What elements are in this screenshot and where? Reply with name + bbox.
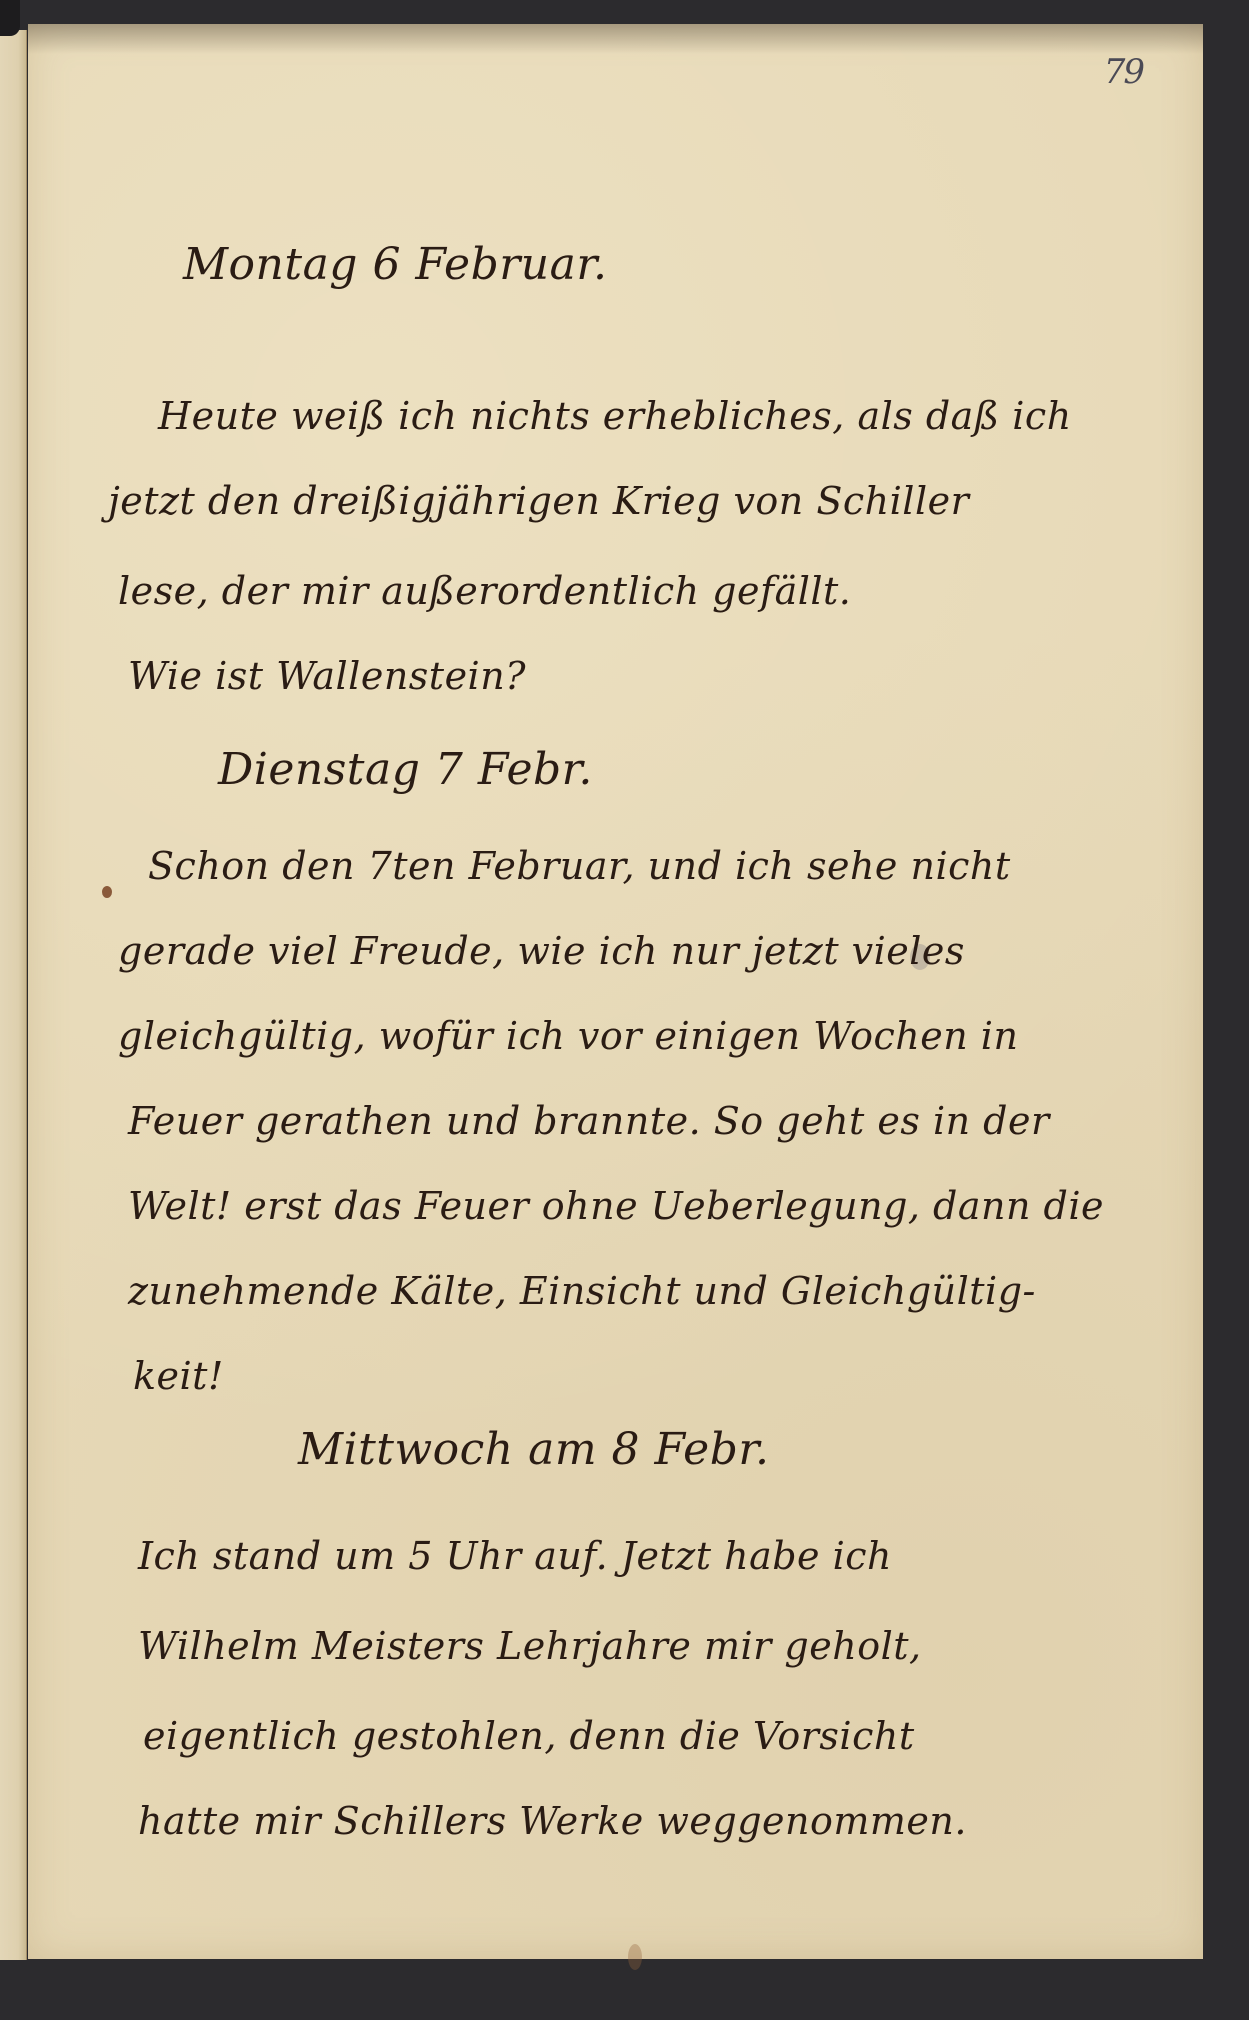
- entry-line: Schon den 7ten Februar, und ich sehe nic…: [148, 844, 1011, 888]
- entry-line: Feuer gerathen und brannte. So geht es i…: [128, 1099, 1050, 1143]
- entry-line: Welt! erst das Feuer ohne Ueberlegung, d…: [128, 1184, 1104, 1228]
- manuscript-page: 79 Montag 6 Februar. Heute weiß ich nich…: [28, 24, 1203, 1959]
- entry-heading: Montag 6 Februar.: [183, 239, 608, 290]
- entry-line: jetzt den dreißigjährigen Krieg von Schi…: [108, 479, 969, 523]
- entry-line: Wilhelm Meisters Lehrjahre mir geholt,: [138, 1624, 922, 1668]
- entry-heading: Mittwoch am 8 Febr.: [298, 1424, 770, 1475]
- entry-heading: Dienstag 7 Febr.: [218, 744, 593, 795]
- entry-line: Heute weiß ich nichts erhebliches, als d…: [158, 394, 1072, 438]
- entry-line: hatte mir Schillers Werke weggenommen.: [138, 1799, 967, 1843]
- entry-line: keit!: [133, 1354, 224, 1398]
- ink-spot: [102, 886, 112, 898]
- brown-stain: [628, 1944, 642, 1970]
- entry-line: eigentlich gestohlen, denn die Vorsicht: [143, 1714, 915, 1758]
- entry-line: lese, der mir außerordentlich gefällt.: [118, 569, 851, 613]
- folio-number: 79: [1104, 52, 1143, 92]
- entry-line: zunehmende Kälte, Einsicht und Gleichgül…: [128, 1269, 1036, 1313]
- entry-line: Ich stand um 5 Uhr auf. Jetzt habe ich: [138, 1534, 892, 1578]
- left-facing-page-edge: [0, 30, 27, 1960]
- binding-clip: [0, 0, 20, 36]
- entry-line: Wie ist Wallenstein?: [128, 654, 526, 698]
- entry-line: gerade viel Freude, wie ich nur jetzt vi…: [118, 929, 965, 973]
- entry-line: gleichgültig, wofür ich vor einigen Woch…: [118, 1014, 1018, 1058]
